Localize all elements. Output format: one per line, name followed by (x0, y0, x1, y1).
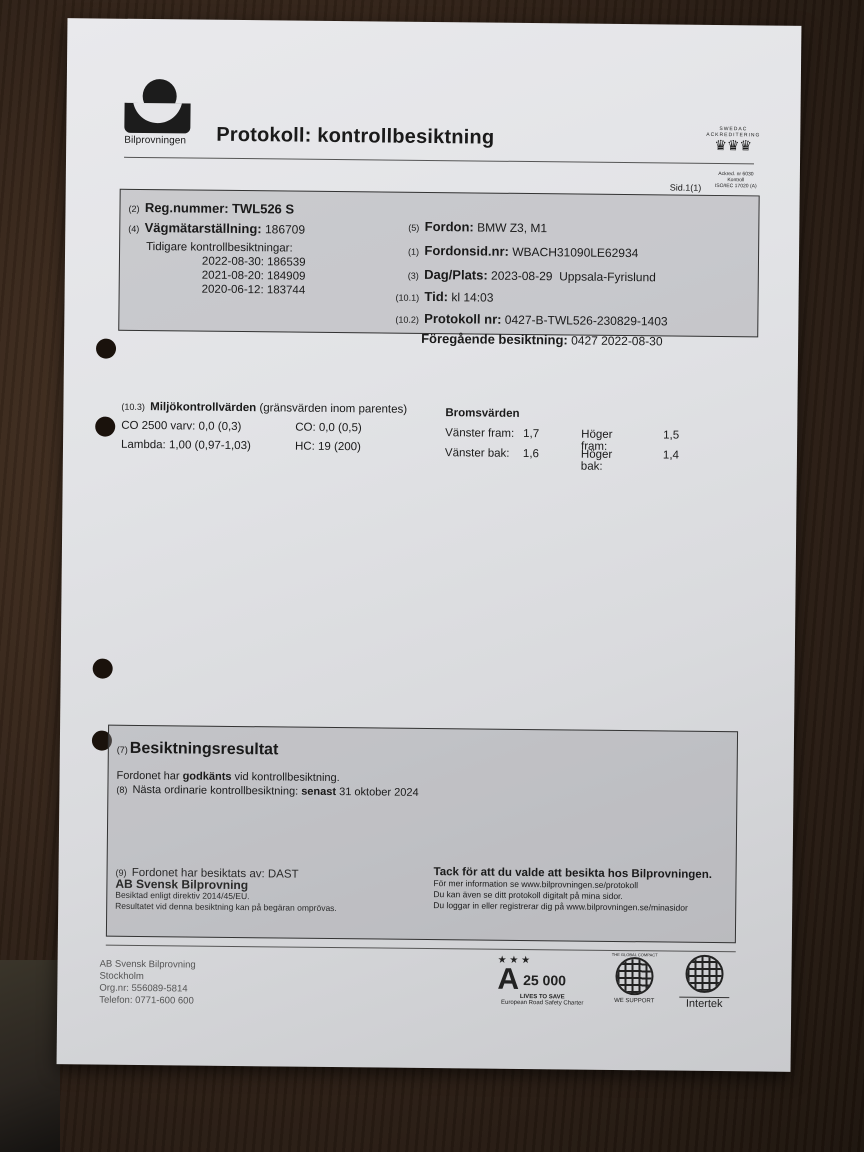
result-title: (7)Besiktningsresultat (117, 740, 279, 760)
three-crowns-icon: ♛♛♛ (714, 138, 752, 152)
approved-status: godkänts (183, 770, 232, 783)
footer-address: AB Svensk Bilprovning Stockholm Org.nr: … (99, 959, 196, 1008)
inspection-protocol-document: Bilprovningen Protokoll: kontrollbesiktn… (57, 18, 802, 1072)
previous-inspections-list: Tidigare kontrollbesiktningar: 2022-08-3… (146, 240, 306, 298)
appeal-text: Resultatet vid denna besiktning kan på b… (115, 901, 337, 914)
reg-number-value: TWL526 S (232, 201, 294, 217)
previous-inspection-value: 0427 2022-08-30 (571, 333, 663, 348)
brake-row: Vänster bak: 1,6 Höger bak: 1,4 (445, 447, 519, 468)
logo-cup-icon (124, 103, 190, 134)
time-field: (10.1) Tid: kl 14:03 (396, 289, 494, 305)
thank-you-block: Tack för att du valde att besikta hos Bi… (433, 867, 712, 914)
swedac-accreditation-seal: SWEDAC ACKREDITERING ♛♛♛ (701, 107, 766, 172)
hc-value: 19 (200) (318, 441, 361, 453)
punch-hole (95, 416, 115, 436)
next-inspection-deadline: 31 oktober 2024 (336, 786, 419, 799)
history-item: 2020-06-12: 183744 (146, 282, 306, 298)
punch-hole (93, 658, 113, 678)
footer-divider (106, 945, 736, 953)
vehicle-model-field: (5) Fordon: BMW Z3, M1 (408, 219, 547, 235)
page-number: Sid.1(1) (670, 183, 702, 193)
result-status-line: Fordonet har godkänts vid kontrollbesikt… (117, 770, 340, 784)
field-label: Vägmätarställning: (145, 220, 262, 236)
time-value: kl 14:03 (451, 290, 493, 304)
field-number: (4) (128, 224, 139, 234)
brake-front-left-value: 1,7 (523, 428, 539, 440)
punch-hole (96, 339, 116, 359)
inspection-result-box: (7)Besiktningsresultat Fordonet har godk… (106, 725, 738, 944)
next-inspection-line: (8) Nästa ordinarie kontrollbesiktning: … (116, 784, 418, 799)
environment-subtitle: (gränsvärden inom parentes) (259, 402, 407, 416)
brake-values-section: Bromsvärden Vänster fram: 1,7 Höger fram… (445, 407, 520, 468)
global-compact-icon (615, 957, 653, 995)
inspector-info: (9) Fordonet har besiktats av: DAST AB S… (115, 868, 337, 914)
header-divider (124, 157, 754, 165)
date-place-value: 2023-08-29 Uppsala-Fyrislund (491, 269, 656, 285)
protocol-number-value: 0427-B-TWL526-230829-1403 (505, 313, 668, 329)
co-value: 0,0 (0,5) (319, 422, 362, 434)
bilprovningen-logo: Bilprovningen (124, 79, 195, 147)
page-title: Protokoll: kontrollbesiktning (216, 124, 494, 150)
background-object (0, 960, 60, 1152)
vehicle-info-box: (2) Reg.nummer: TWL526 S (4) Vägmätarstä… (118, 189, 759, 338)
intertek-globe-icon (685, 955, 723, 993)
brake-rear-right-value: 1,4 (663, 449, 679, 461)
road-safety-charter-badge: ★ ★ ★ A 25 000 LIVES TO SAVE European Ro… (497, 955, 588, 1007)
global-compact-badge: THE GLOBAL COMPACT WE SUPPORT (607, 952, 662, 1005)
accreditation-standard: ISO/IEC 17020 (A) (706, 183, 766, 190)
vin-value: WBACH31090LE62934 (512, 245, 638, 260)
date-place-field: (3) Dag/Plats: 2023-08-29 Uppsala-Fyrisl… (408, 267, 656, 285)
brake-row: Vänster fram: 1,7 Höger fram: 1,5 (445, 427, 519, 448)
co-2500-value: 0,0 (0,3) (199, 421, 242, 433)
environment-values-section: (10.3) Miljökontrollvärden (gränsvärden … (121, 397, 407, 457)
accreditation-details: Ackred. nr 6030 Kontroll ISO/IEC 17020 (… (706, 171, 766, 190)
odometer-field: (4) Vägmätarställning: 186709 (128, 220, 305, 237)
previous-inspection-field: Föregående besiktning: 0427 2022-08-30 (421, 331, 663, 349)
road-safety-charter-icon: A (497, 966, 519, 994)
brake-front-right-value: 1,5 (663, 429, 679, 441)
brake-rear-left-value: 1,6 (523, 448, 539, 460)
field-number: (2) (128, 204, 139, 214)
lambda-value: 1,00 (0,97-1,03) (169, 439, 251, 452)
field-label: Reg.nummer: (145, 200, 229, 216)
odometer-value: 186709 (265, 222, 305, 236)
brakes-title: Bromsvärden (445, 407, 519, 420)
logo-text: Bilprovningen (124, 135, 194, 147)
vin-field: (1) Fordonsid.nr: WBACH31090LE62934 (408, 243, 638, 260)
intertek-badge: Intertek (679, 955, 730, 1011)
environment-row: Lambda: 1,00 (0,97-1,03) HC: 19 (200) (121, 435, 407, 457)
vehicle-model-value: BMW Z3, M1 (477, 220, 547, 235)
environment-title: Miljökontrollvärden (150, 401, 256, 414)
protocol-number-field: (10.2) Protokoll nr: 0427-B-TWL526-23082… (395, 311, 667, 329)
reg-number-field: (2) Reg.nummer: TWL526 S (128, 200, 294, 217)
login-line: Du loggar in eller registrerar dig på ww… (433, 900, 712, 914)
history-title: Tidigare kontrollbesiktningar: (146, 240, 306, 256)
